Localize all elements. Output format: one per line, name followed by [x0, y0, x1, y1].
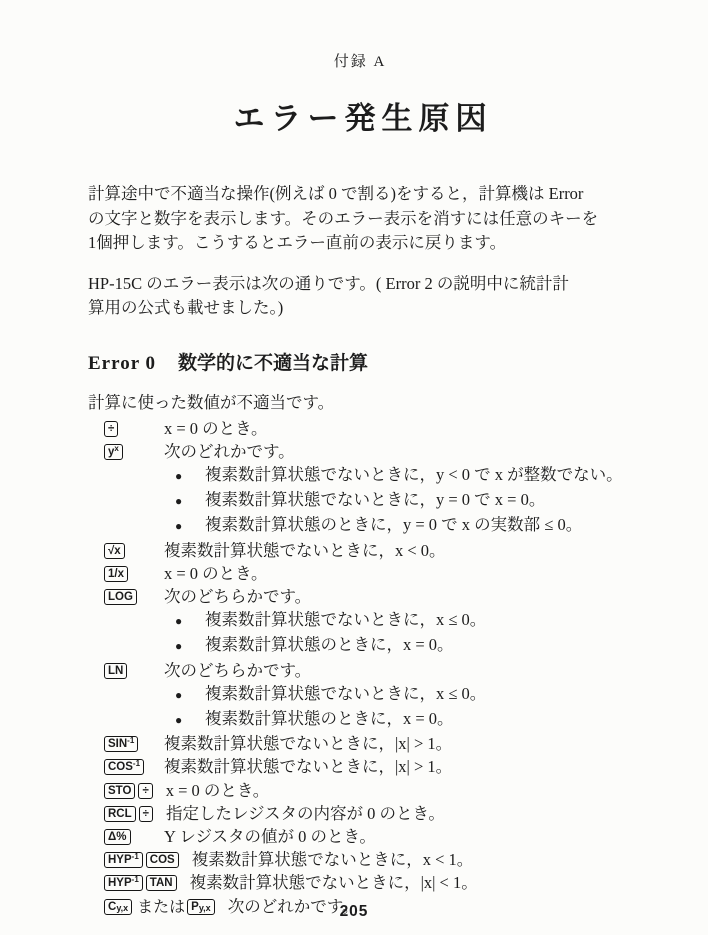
error-entry: LN次のどちらかです。	[88, 659, 632, 682]
entry-description: 次のどちらかです。	[164, 659, 311, 682]
key-label: SIN	[108, 738, 127, 750]
key-combo: LN	[104, 659, 154, 682]
key-label: Δ%	[108, 831, 127, 843]
key-label: LOG	[108, 591, 133, 603]
bullet-text: 複素数計算状態でないときに，y < 0 で x が整数でない。	[205, 463, 623, 486]
bullet-item: ●複素数計算状態でないときに，y < 0 で x が整数でない。	[88, 463, 632, 488]
bullet-icon: ●	[175, 684, 205, 707]
entry-description: x = 0 のとき。	[164, 417, 268, 440]
entry-description: 複素数計算状態でないときに，|x| > 1。	[164, 755, 452, 778]
page-number: 205	[0, 903, 708, 921]
key-combo: Δ%	[104, 825, 154, 848]
key-label: HYP	[108, 877, 132, 889]
entry-description: 次のどちらかです。	[164, 585, 311, 608]
calculator-key: 1/x	[104, 566, 128, 582]
key-label: ÷	[108, 423, 114, 435]
bullet-icon: ●	[175, 465, 205, 488]
section-lead-text: 計算に使った数値が不適当です。	[88, 391, 632, 414]
paragraph-line: HP-15C のエラー表示は次の通りです。( Error 2 の説明中に統計計	[88, 272, 632, 297]
key-combo: SIN-1	[104, 732, 154, 755]
entry-description: 複素数計算状態でないときに，|x| > 1。	[164, 732, 452, 755]
calculator-key: ÷	[139, 806, 153, 822]
bullet-icon: ●	[175, 490, 205, 513]
key-superscript: -1	[127, 736, 134, 745]
key-label: LN	[108, 665, 123, 677]
bullet-icon: ●	[175, 709, 205, 732]
paragraph-line: 算用の公式も載せました。)	[88, 296, 632, 321]
calculator-key: Δ%	[104, 829, 131, 845]
calculator-key: LOG	[104, 589, 137, 605]
key-combo: √x	[104, 539, 154, 562]
key-combo: STO÷	[104, 779, 156, 802]
document-page: 付録 A エラー発生原因 計算途中で不適当な操作(例えば 0 で割る)をすると，…	[0, 0, 708, 935]
key-combo: HYP-1TAN	[104, 871, 180, 894]
key-label: ÷	[142, 785, 148, 797]
calculator-key: ÷	[104, 421, 118, 437]
calculator-key: yx	[104, 444, 123, 460]
key-superscript: -1	[132, 852, 139, 861]
key-label: √x	[108, 545, 121, 557]
entry-description: 次のどれかです。	[164, 440, 295, 463]
calculator-key: HYP-1	[104, 852, 143, 868]
bullet-item: ●複素数計算状態のときに，x = 0。	[88, 633, 632, 658]
bullet-icon: ●	[175, 635, 205, 658]
bullet-item: ●複素数計算状態でないときに，x ≤ 0。	[88, 682, 632, 707]
bullet-item: ●複素数計算状態でないときに，x ≤ 0。	[88, 608, 632, 633]
intro-paragraph-1: 計算途中で不適当な操作(例えば 0 で割る)をすると，計算機は Errorの文字…	[88, 182, 632, 256]
calculator-key: COS-1	[104, 759, 144, 775]
key-label: RCL	[108, 808, 132, 820]
entry-description: x = 0 のとき。	[166, 779, 270, 802]
error-entry: STO÷x = 0 のとき。	[88, 779, 632, 802]
error-entry: yx次のどれかです。	[88, 440, 632, 463]
error-entry: RCL÷指定したレジスタの内容が 0 のとき。	[88, 802, 632, 825]
calculator-key: RCL	[104, 806, 136, 822]
key-combo: LOG	[104, 585, 154, 608]
calculator-key: √x	[104, 543, 125, 559]
key-combo: 1/x	[104, 562, 154, 585]
section-heading: Error 0数学的に不適当な計算	[88, 351, 632, 376]
bullet-item: ●複素数計算状態のときに，y = 0 で x の実数部 ≤ 0。	[88, 513, 632, 538]
bullet-text: 複素数計算状態でないときに，y = 0 で x = 0。	[205, 488, 545, 511]
bullet-icon: ●	[175, 610, 205, 633]
key-combo: yx	[104, 440, 154, 463]
entry-description: 複素数計算状態でないときに，|x| < 1。	[190, 871, 478, 894]
key-superscript: -1	[133, 759, 140, 768]
error-entry: ÷x = 0 のとき。	[88, 417, 632, 440]
calculator-key: SIN-1	[104, 736, 138, 752]
error-entry-list: ÷x = 0 のとき。yx次のどれかです。●複素数計算状態でないときに，y < …	[88, 417, 632, 919]
error-entry: COS-1複素数計算状態でないときに，|x| > 1。	[88, 755, 632, 778]
paragraph-line: 計算途中で不適当な操作(例えば 0 で割る)をすると，計算機は Error	[88, 182, 632, 207]
key-label: ÷	[143, 808, 149, 820]
entry-description: 指定したレジスタの内容が 0 のとき。	[166, 802, 445, 825]
error-entry: HYP-1COS複素数計算状態でないときに，x < 1。	[88, 848, 632, 871]
key-label: 1/x	[108, 568, 124, 580]
key-label: COS	[108, 761, 133, 773]
key-combo: ÷	[104, 417, 154, 440]
key-superscript: x	[114, 444, 118, 453]
calculator-key: ÷	[138, 783, 152, 799]
bullet-item: ●複素数計算状態でないときに，y = 0 で x = 0。	[88, 488, 632, 513]
error-entry: SIN-1複素数計算状態でないときに，|x| > 1。	[88, 732, 632, 755]
appendix-label: 付録 A	[88, 50, 632, 71]
entry-description: Y レジスタの値が 0 のとき。	[164, 825, 376, 848]
error-entry: Δ%Y レジスタの値が 0 のとき。	[88, 825, 632, 848]
paragraph-line: 1個押します。こうするとエラー直前の表示に戻ります。	[88, 231, 632, 256]
bullet-text: 複素数計算状態のときに，x = 0。	[205, 633, 454, 656]
error-entry: 1/xx = 0 のとき。	[88, 562, 632, 585]
bullet-text: 複素数計算状態のときに，y = 0 で x の実数部 ≤ 0。	[205, 513, 582, 536]
key-superscript: -1	[132, 875, 139, 884]
bullet-text: 複素数計算状態のときに，x = 0。	[205, 707, 454, 730]
calculator-key: LN	[104, 663, 127, 679]
bullet-text: 複素数計算状態でないときに，x ≤ 0。	[205, 608, 486, 631]
paragraph-line: の文字と数字を表示します。そのエラー表示を消すには任意のキーを	[88, 207, 632, 232]
calculator-key: TAN	[146, 875, 177, 891]
key-label: HYP	[108, 854, 132, 866]
key-combo: HYP-1COS	[104, 848, 182, 871]
calculator-key: COS	[146, 852, 179, 868]
bullet-item: ●複素数計算状態のときに，x = 0。	[88, 707, 632, 732]
page-title: エラー発生原因	[88, 93, 632, 138]
calculator-key: STO	[104, 783, 135, 799]
key-combo: COS-1	[104, 755, 154, 778]
entry-description: x = 0 のとき。	[164, 562, 268, 585]
error-title-label: 数学的に不適当な計算	[178, 353, 368, 374]
error-entry: √x複素数計算状態でないときに，x < 0。	[88, 539, 632, 562]
key-label: STO	[108, 785, 131, 797]
key-label: COS	[150, 854, 175, 866]
calculator-key: HYP-1	[104, 875, 143, 891]
key-combo: RCL÷	[104, 802, 156, 825]
key-label: TAN	[150, 877, 173, 889]
bullet-text: 複素数計算状態でないときに，x ≤ 0。	[205, 682, 486, 705]
bullet-icon: ●	[175, 515, 205, 538]
entry-description: 複素数計算状態でないときに，x < 0。	[164, 539, 446, 562]
error-entry: LOG次のどちらかです。	[88, 585, 632, 608]
error-code-label: Error 0	[88, 353, 156, 374]
entry-description: 複素数計算状態でないときに，x < 1。	[192, 848, 474, 871]
error-entry: HYP-1TAN複素数計算状態でないときに，|x| < 1。	[88, 871, 632, 894]
intro-paragraph-2: HP-15C のエラー表示は次の通りです。( Error 2 の説明中に統計計算…	[88, 272, 632, 321]
